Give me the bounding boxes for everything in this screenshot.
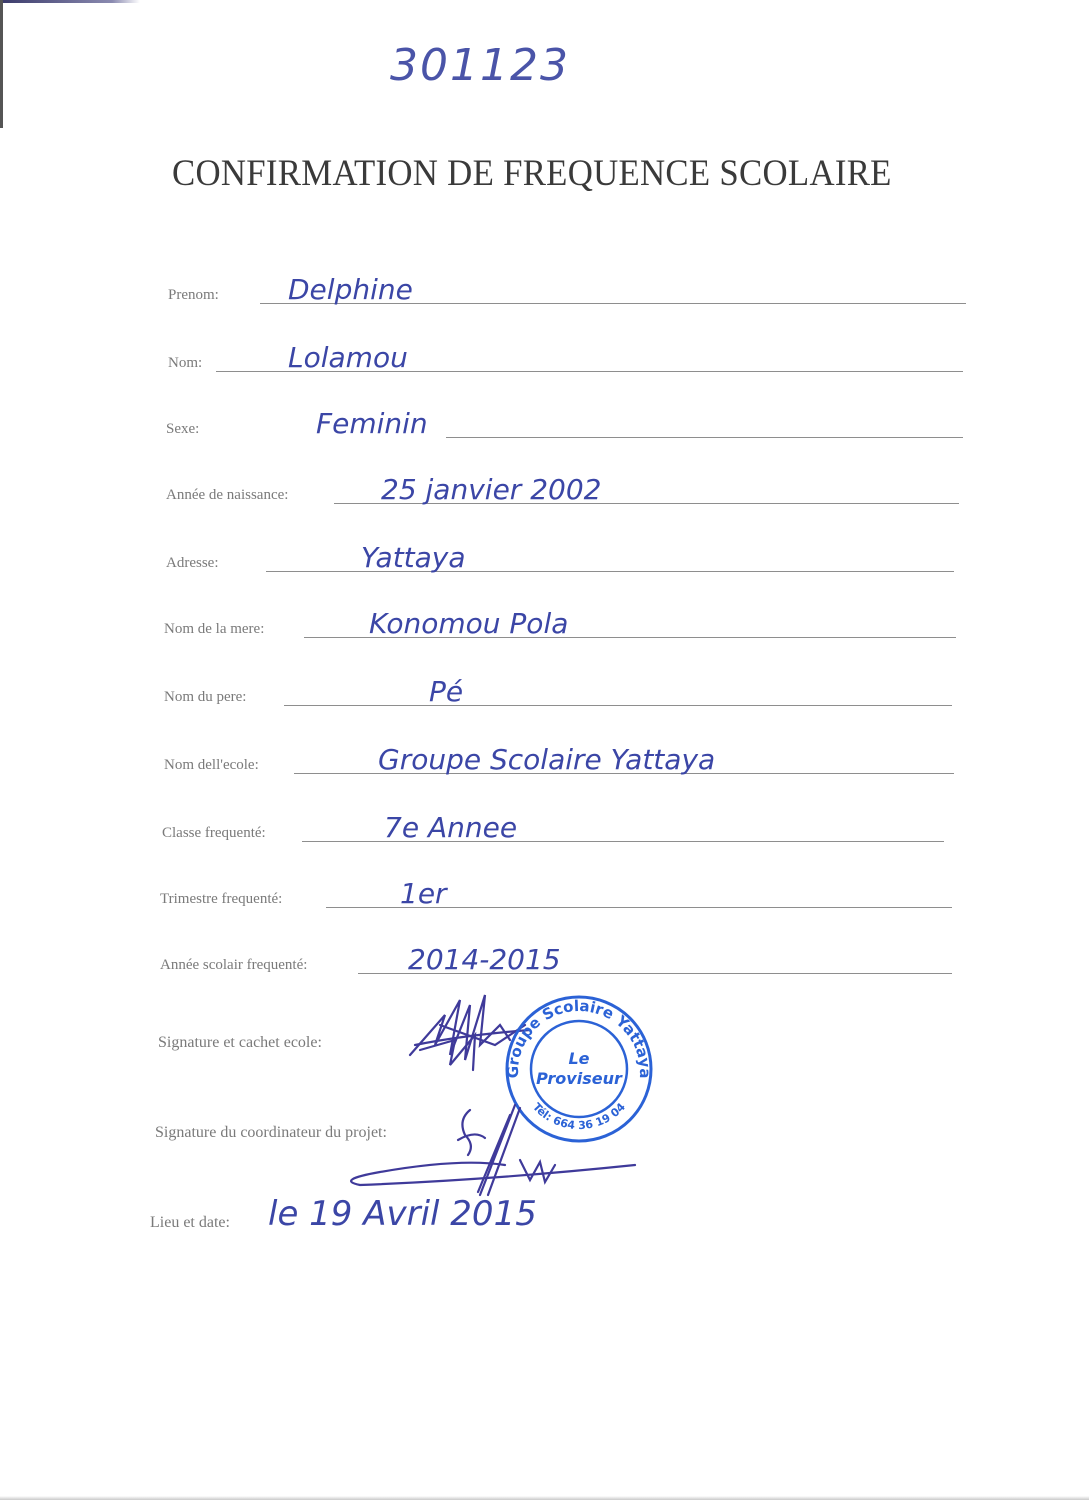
field-label: Nom du pere: bbox=[164, 689, 246, 706]
field-value: 2014-2015 bbox=[408, 943, 561, 976]
field-value: Lolamou bbox=[288, 341, 408, 374]
field-label: Classe frequenté: bbox=[162, 825, 266, 842]
field-value: Groupe Scolaire Yattaya bbox=[378, 743, 715, 776]
field-value: Yattaya bbox=[361, 541, 466, 574]
field-value: Delphine bbox=[288, 273, 413, 306]
school-signature-label: Signature et cachet ecole: bbox=[158, 1034, 322, 1052]
page-edge bbox=[0, 0, 140, 3]
fill-line bbox=[446, 437, 963, 438]
coordinator-signature-icon bbox=[340, 1100, 640, 1200]
field-label: Année scolair frequenté: bbox=[160, 957, 307, 974]
document-title: CONFIRMATION DE FREQUENCE SCOLAIRE bbox=[172, 152, 924, 195]
field-value: 1er bbox=[400, 877, 447, 910]
place-date-label: Lieu et date: bbox=[150, 1214, 230, 1232]
field-label: Nom dell'ecole: bbox=[164, 757, 259, 774]
field-value: Konomou Pola bbox=[369, 607, 568, 640]
field-value: Pé bbox=[429, 675, 463, 708]
page-edge bbox=[0, 0, 3, 128]
field-label: Année de naissance: bbox=[166, 487, 288, 504]
field-nom-pere: Nom du pere: Pé bbox=[164, 670, 952, 710]
field-nom-ecole: Nom dell'ecole: Groupe Scolaire Yattaya bbox=[164, 738, 954, 778]
field-trimestre: Trimestre frequenté: 1er bbox=[160, 872, 952, 912]
stamp-line2: Proviseur bbox=[536, 1069, 622, 1089]
reference-number: 301123 bbox=[390, 40, 570, 91]
field-annee-scolaire: Année scolair frequenté: 2014-2015 bbox=[160, 938, 952, 978]
field-value: 7e Annee bbox=[384, 811, 517, 844]
field-label: Nom de la mere: bbox=[164, 621, 264, 638]
field-adresse: Adresse: Yattaya bbox=[166, 536, 954, 576]
fill-line bbox=[284, 705, 952, 706]
field-value: 25 janvier 2002 bbox=[381, 473, 601, 506]
field-nom-mere: Nom de la mere: Konomou Pola bbox=[164, 602, 956, 642]
field-classe: Classe frequenté: 7e Annee bbox=[162, 806, 944, 846]
field-label: Nom: bbox=[168, 355, 202, 372]
field-sexe: Sexe: Feminin bbox=[166, 402, 963, 442]
field-label: Prenom: bbox=[168, 287, 219, 304]
field-value: Feminin bbox=[316, 407, 428, 440]
stamp-line1: Le bbox=[568, 1049, 589, 1069]
field-nom: Nom: Lolamou bbox=[168, 336, 963, 376]
field-label: Sexe: bbox=[166, 421, 199, 438]
field-label: Adresse: bbox=[166, 555, 219, 572]
field-prenom: Prenom: Delphine bbox=[168, 268, 966, 308]
field-annee-naissance: Année de naissance: 25 janvier 2002 bbox=[166, 468, 959, 508]
place-date-value: le 19 Avril 2015 bbox=[268, 1194, 537, 1234]
field-label: Trimestre frequenté: bbox=[160, 891, 282, 908]
page-edge bbox=[0, 1496, 1089, 1500]
